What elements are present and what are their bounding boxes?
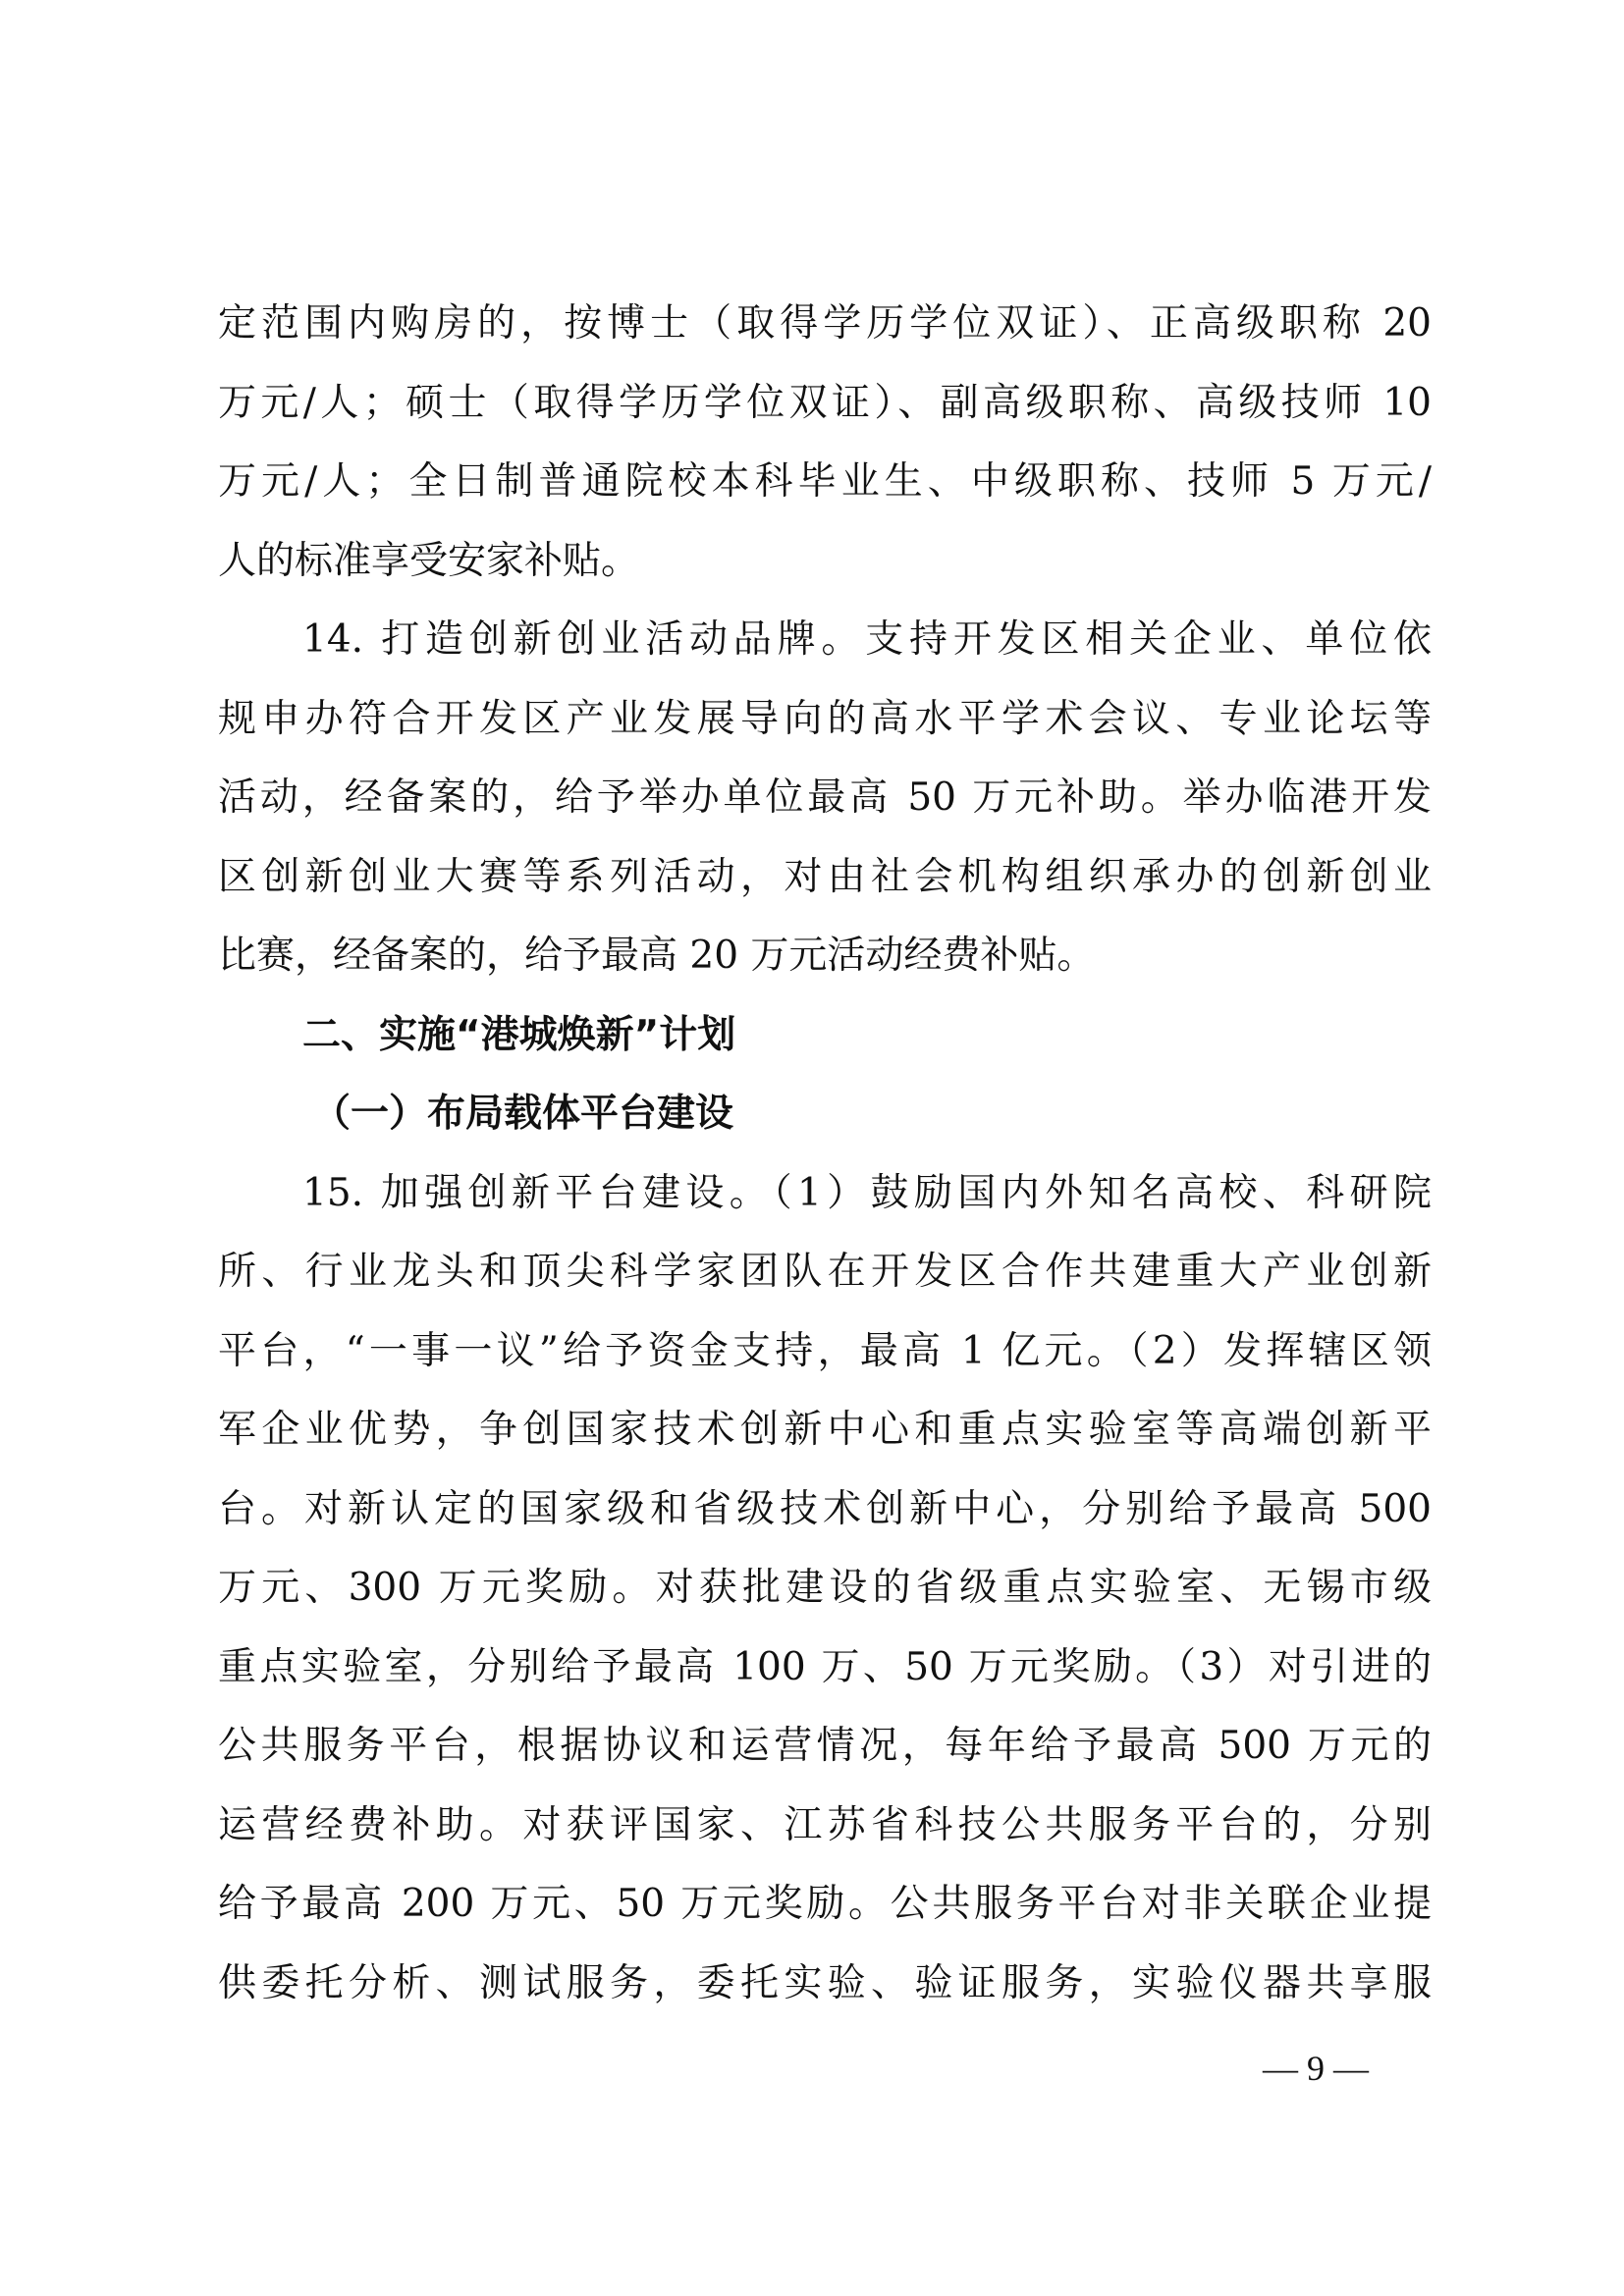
text-line: 军企业优势，争创国家技术创新中心和重点实验室等高端创新平 [218, 1399, 1432, 1478]
item-14-first-line: 14. 打造创新创业活动品牌。支持开发区相关企业、单位依 [218, 609, 1432, 688]
text-line: 台。对新认定的国家级和省级技术创新中心，分别给予最高 500 [218, 1478, 1432, 1558]
text-line: 公共服务平台，根据协议和运营情况，每年给予最高 500 万元的 [218, 1715, 1432, 1794]
text-line: 定范围内购房的，按博士（取得学历学位双证）、正高级职称 20 [218, 293, 1432, 372]
text-line: 人的标准享受安家补贴。 [218, 530, 1432, 610]
document-body: 定范围内购房的，按博士（取得学历学位双证）、正高级职称 20 万元/人；硕士（取… [218, 293, 1432, 2031]
text-line: 万元/人；全日制普通院校本科毕业生、中级职称、技师 5 万元/ [218, 451, 1432, 530]
page-number: — 9 — [1247, 2048, 1384, 2089]
text-line: 所、行业龙头和顶尖科学家团队在开发区合作共建重大产业创新 [218, 1241, 1432, 1320]
text-line: 平台，“一事一议”给予资金支持，最高 1 亿元。（2）发挥辖区领 [218, 1320, 1432, 1400]
text-line: 重点实验室，分别给予最高 100 万、50 万元奖励。（3）对引进的 [218, 1636, 1432, 1716]
text-line: 规申办符合开发区产业发展导向的高水平学术会议、专业论坛等 [218, 688, 1432, 768]
text-line: 区创新创业大赛等系列活动，对由社会机构组织承办的创新创业 [218, 846, 1432, 926]
text-line: 给予最高 200 万元、50 万元奖励。公共服务平台对非关联企业提 [218, 1873, 1432, 1952]
text-line: 比赛，经备案的，给予最高 20 万元活动经费补贴。 [218, 925, 1432, 1004]
subsection-heading: （一）布局载体平台建设 [218, 1083, 1432, 1162]
text-line: 运营经费补助。对获评国家、江苏省科技公共服务平台的，分别 [218, 1794, 1432, 1874]
text-line: 万元、300 万元奖励。对获批建设的省级重点实验室、无锡市级 [218, 1557, 1432, 1636]
section-heading: 二、实施“港城焕新”计划 [218, 1004, 1432, 1084]
text-line: 供委托分析、测试服务，委托实验、验证服务，实验仪器共享服 [218, 1952, 1432, 2032]
text-line: 活动，经备案的，给予举办单位最高 50 万元补助。举办临港开发 [218, 767, 1432, 846]
text-line: 万元/人；硕士（取得学历学位双证）、副高级职称、高级技师 10 [218, 372, 1432, 452]
item-15-first-line: 15. 加强创新平台建设。（1）鼓励国内外知名高校、科研院 [218, 1162, 1432, 1242]
